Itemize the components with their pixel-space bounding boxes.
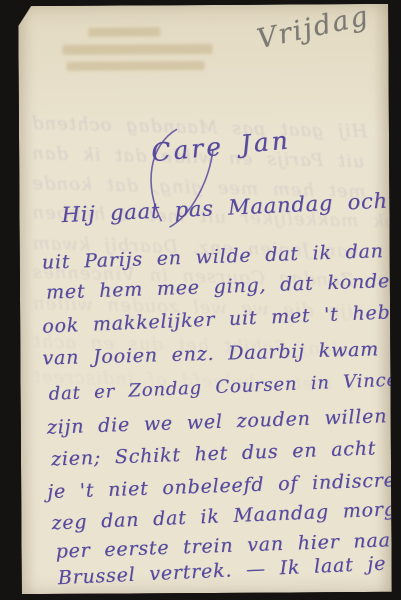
letter-page: Hij gaat pas Maandag ochtenduit Parijs e…: [18, 4, 392, 594]
letter-line: Hij gaat pas Maandag ochtend: [61, 186, 401, 227]
letter-line: zijn die we wel zouden willen: [46, 405, 387, 439]
letter-line: zien; Schikt het dus en acht: [51, 437, 377, 470]
bleedthrough-text: Hij gaat pas Maandag ochtenduit Parijs e…: [18, 4, 388, 6]
letter-line: met hem mee ging, dat konde: [46, 270, 391, 304]
faded-letterhead-line: [88, 27, 160, 36]
scan-background: Hij gaat pas Maandag ochtenduit Parijs e…: [0, 0, 401, 600]
letter-line: je 't niet onbeleefd of indiscreet: [47, 469, 401, 504]
letter-line: dat er Zondag Coursen in Vincennes: [48, 368, 401, 405]
letter-line: van Jooien enz. Daarbij kwam: [42, 338, 379, 369]
faded-letterhead-line: [67, 61, 205, 71]
letter-body: Hij gaat pas Maandag ochtenduit Parijs e…: [18, 4, 388, 6]
letter-line: zeg dan dat ik Maandag morgen: [51, 497, 401, 534]
salutation: Care Jan: [150, 125, 292, 167]
letter-line: uit Parijs en wilde dat ik dan: [41, 240, 384, 274]
pencil-date-annotation: Vrijdag: [254, 0, 372, 55]
faded-letterhead-line: [62, 44, 212, 55]
letter-line: ook makkelijker uit met 't hebben: [42, 300, 401, 338]
